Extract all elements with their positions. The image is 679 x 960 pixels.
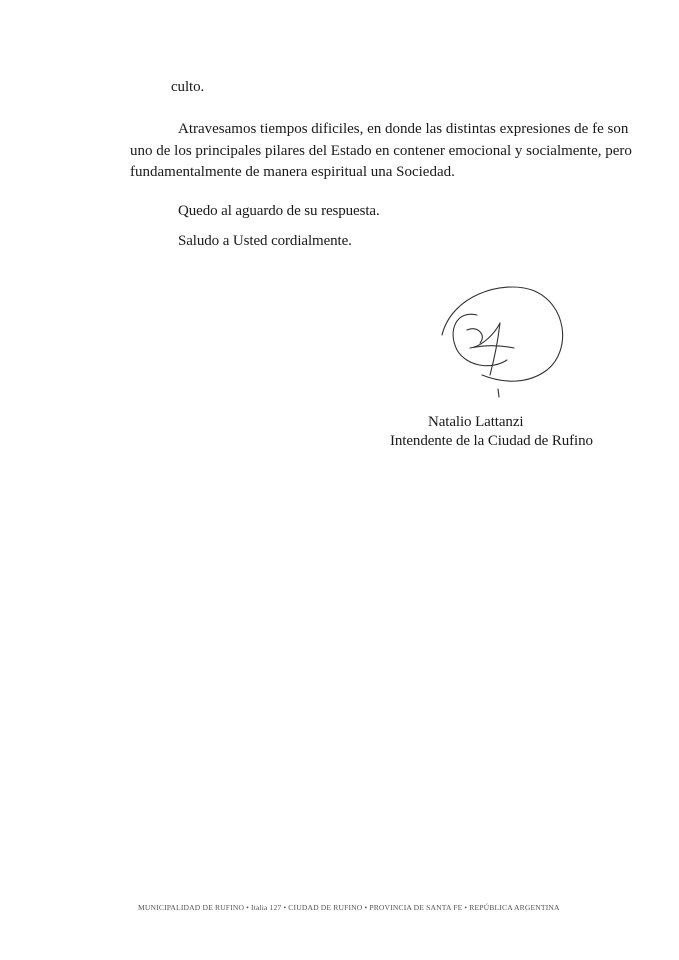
closing-line-2: Saludo a Usted cordialmente. xyxy=(178,231,352,252)
signer-title: Intendente de la Ciudad de Rufino xyxy=(390,431,593,452)
paragraph-line: Atravesamos tiempos dificiles, en donde … xyxy=(130,119,588,141)
paragraph-line: uno de los principales pilares del Estad… xyxy=(130,141,588,163)
signature-icon xyxy=(432,275,582,400)
continuation-text: culto. xyxy=(171,77,204,98)
closing-line-1: Quedo al aguardo de su respuesta. xyxy=(178,201,380,222)
paragraph-line: fundamentalmente de manera espiritual un… xyxy=(130,162,588,184)
body-paragraph: Atravesamos tiempos dificiles, en donde … xyxy=(130,119,588,184)
document-page: culto. Atravesamos tiempos dificiles, en… xyxy=(0,0,679,960)
signer-name: Natalio Lattanzi xyxy=(428,412,523,433)
letterhead-footer: MUNICIPALIDAD DE RUFINO • Italia 127 • C… xyxy=(138,903,560,912)
